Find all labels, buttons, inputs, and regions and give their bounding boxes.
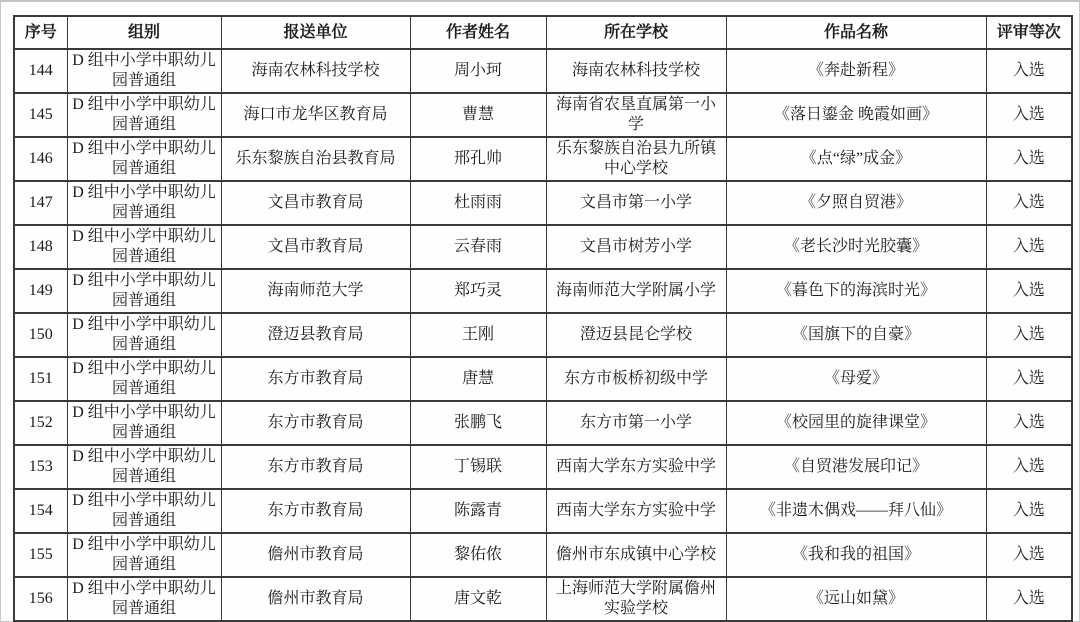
cell-grade: 入选 [986,181,1072,225]
cell-grade: 入选 [986,533,1072,577]
cell-school: 澄迈县昆仑学校 [546,313,726,357]
cell-work: 《奔赴新程》 [726,49,986,93]
cell-serial: 152 [14,401,67,445]
cell-school: 海南省农垦直属第一小学 [546,93,726,137]
cell-grade: 入选 [986,137,1072,181]
document-page: 序号 组别 报送单位 作者姓名 所在学校 作品名称 评审等次 144D 组中小学… [0,0,1080,622]
cell-grade: 入选 [986,401,1072,445]
cell-serial: 149 [14,269,67,313]
cell-serial: 145 [14,93,67,137]
cell-serial: 146 [14,137,67,181]
cell-serial: 147 [14,181,67,225]
cell-school: 东方市第一小学 [546,401,726,445]
cell-school: 文昌市树芳小学 [546,225,726,269]
cell-author: 唐慧 [410,357,546,401]
cell-author: 唐文乾 [410,577,546,621]
cell-group: D 组中小学中职幼儿园普通组 [67,401,221,445]
cell-unit: 海南师范大学 [221,269,410,313]
cell-group: D 组中小学中职幼儿园普通组 [67,313,221,357]
table-row: 148D 组中小学中职幼儿园普通组文昌市教育局云春雨文昌市树芳小学《老长沙时光胶… [14,225,1072,269]
cell-work: 《夕照自贸港》 [726,181,986,225]
cell-grade: 入选 [986,577,1072,621]
cell-unit: 文昌市教育局 [221,181,410,225]
cell-serial: 156 [14,577,67,621]
cell-group: D 组中小学中职幼儿园普通组 [67,181,221,225]
cell-grade: 入选 [986,489,1072,533]
table-row: 144D 组中小学中职幼儿园普通组海南农林科技学校周小珂海南农林科技学校《奔赴新… [14,49,1072,93]
cell-school: 儋州市东成镇中心学校 [546,533,726,577]
table-row: 153D 组中小学中职幼儿园普通组东方市教育局丁锡联西南大学东方实验中学《自贸港… [14,445,1072,489]
cell-work: 《非遗木偶戏——拜八仙》 [726,489,986,533]
header-author-name: 作者姓名 [410,16,546,49]
cell-unit: 文昌市教育局 [221,225,410,269]
cell-serial: 148 [14,225,67,269]
results-table: 序号 组别 报送单位 作者姓名 所在学校 作品名称 评审等次 144D 组中小学… [13,15,1073,622]
table-row: 146D 组中小学中职幼儿园普通组乐东黎族自治县教育局邢孔帅乐东黎族自治县九所镇… [14,137,1072,181]
cell-group: D 组中小学中职幼儿园普通组 [67,533,221,577]
cell-school: 海南师范大学附属小学 [546,269,726,313]
cell-unit: 儋州市教育局 [221,533,410,577]
cell-work: 《我和我的祖国》 [726,533,986,577]
cell-author: 黎佑侬 [410,533,546,577]
cell-grade: 入选 [986,49,1072,93]
cell-grade: 入选 [986,93,1072,137]
table-row: 151D 组中小学中职幼儿园普通组东方市教育局唐慧东方市板桥初级中学《母爱》入选 [14,357,1072,401]
cell-group: D 组中小学中职幼儿园普通组 [67,577,221,621]
cell-unit: 澄迈县教育局 [221,313,410,357]
cell-work: 《落日鎏金 晚霞如画》 [726,93,986,137]
cell-work: 《校园里的旋律课堂》 [726,401,986,445]
cell-group: D 组中小学中职幼儿园普通组 [67,137,221,181]
cell-author: 陈露青 [410,489,546,533]
cell-author: 杜雨雨 [410,181,546,225]
cell-serial: 151 [14,357,67,401]
cell-author: 周小珂 [410,49,546,93]
cell-grade: 入选 [986,313,1072,357]
table-row: 150D 组中小学中职幼儿园普通组澄迈县教育局王刚澄迈县昆仑学校《国旗下的自豪》… [14,313,1072,357]
cell-school: 文昌市第一小学 [546,181,726,225]
table-row: 156D 组中小学中职幼儿园普通组儋州市教育局唐文乾上海师范大学附属儋州实验学校… [14,577,1072,621]
cell-work: 《暮色下的海滨时光》 [726,269,986,313]
table-row: 154D 组中小学中职幼儿园普通组东方市教育局陈露青西南大学东方实验中学《非遗木… [14,489,1072,533]
table-row: 145D 组中小学中职幼儿园普通组海口市龙华区教育局曹慧海南省农垦直属第一小学《… [14,93,1072,137]
cell-serial: 155 [14,533,67,577]
cell-author: 丁锡联 [410,445,546,489]
table-row: 155D 组中小学中职幼儿园普通组儋州市教育局黎佑侬儋州市东成镇中心学校《我和我… [14,533,1072,577]
cell-author: 云春雨 [410,225,546,269]
cell-grade: 入选 [986,269,1072,313]
cell-school: 东方市板桥初级中学 [546,357,726,401]
header-serial-number: 序号 [14,16,67,49]
table-row: 149D 组中小学中职幼儿园普通组海南师范大学郑巧灵海南师范大学附属小学《暮色下… [14,269,1072,313]
cell-work: 《国旗下的自豪》 [726,313,986,357]
cell-grade: 入选 [986,445,1072,489]
cell-work: 《点“绿”成金》 [726,137,986,181]
cell-author: 曹慧 [410,93,546,137]
cell-work: 《自贸港发展印记》 [726,445,986,489]
cell-serial: 144 [14,49,67,93]
cell-grade: 入选 [986,357,1072,401]
cell-unit: 东方市教育局 [221,445,410,489]
header-work-title: 作品名称 [726,16,986,49]
table-row: 152D 组中小学中职幼儿园普通组东方市教育局张鹏飞东方市第一小学《校园里的旋律… [14,401,1072,445]
table-header-row: 序号 组别 报送单位 作者姓名 所在学校 作品名称 评审等次 [14,16,1072,49]
cell-author: 郑巧灵 [410,269,546,313]
cell-group: D 组中小学中职幼儿园普通组 [67,225,221,269]
cell-school: 海南农林科技学校 [546,49,726,93]
cell-serial: 150 [14,313,67,357]
cell-school: 西南大学东方实验中学 [546,489,726,533]
cell-grade: 入选 [986,225,1072,269]
cell-unit: 东方市教育局 [221,401,410,445]
cell-author: 邢孔帅 [410,137,546,181]
cell-group: D 组中小学中职幼儿园普通组 [67,357,221,401]
cell-work: 《母爱》 [726,357,986,401]
cell-work: 《远山如黛》 [726,577,986,621]
cell-school: 乐东黎族自治县九所镇中心学校 [546,137,726,181]
cell-unit: 东方市教育局 [221,489,410,533]
cell-unit: 东方市教育局 [221,357,410,401]
cell-serial: 153 [14,445,67,489]
cell-unit: 乐东黎族自治县教育局 [221,137,410,181]
table-row: 147D 组中小学中职幼儿园普通组文昌市教育局杜雨雨文昌市第一小学《夕照自贸港》… [14,181,1072,225]
cell-group: D 组中小学中职幼儿园普通组 [67,93,221,137]
cell-school: 上海师范大学附属儋州实验学校 [546,577,726,621]
cell-group: D 组中小学中职幼儿园普通组 [67,445,221,489]
cell-group: D 组中小学中职幼儿园普通组 [67,49,221,93]
header-school: 所在学校 [546,16,726,49]
cell-group: D 组中小学中职幼儿园普通组 [67,269,221,313]
cell-serial: 154 [14,489,67,533]
header-group: 组别 [67,16,221,49]
cell-author: 张鹏飞 [410,401,546,445]
cell-group: D 组中小学中职幼儿园普通组 [67,489,221,533]
cell-unit: 儋州市教育局 [221,577,410,621]
cell-unit: 海口市龙华区教育局 [221,93,410,137]
cell-school: 西南大学东方实验中学 [546,445,726,489]
cell-work: 《老长沙时光胶囊》 [726,225,986,269]
table-body: 144D 组中小学中职幼儿园普通组海南农林科技学校周小珂海南农林科技学校《奔赴新… [14,49,1072,621]
cell-unit: 海南农林科技学校 [221,49,410,93]
header-submitting-unit: 报送单位 [221,16,410,49]
header-review-grade: 评审等次 [986,16,1072,49]
cell-author: 王刚 [410,313,546,357]
